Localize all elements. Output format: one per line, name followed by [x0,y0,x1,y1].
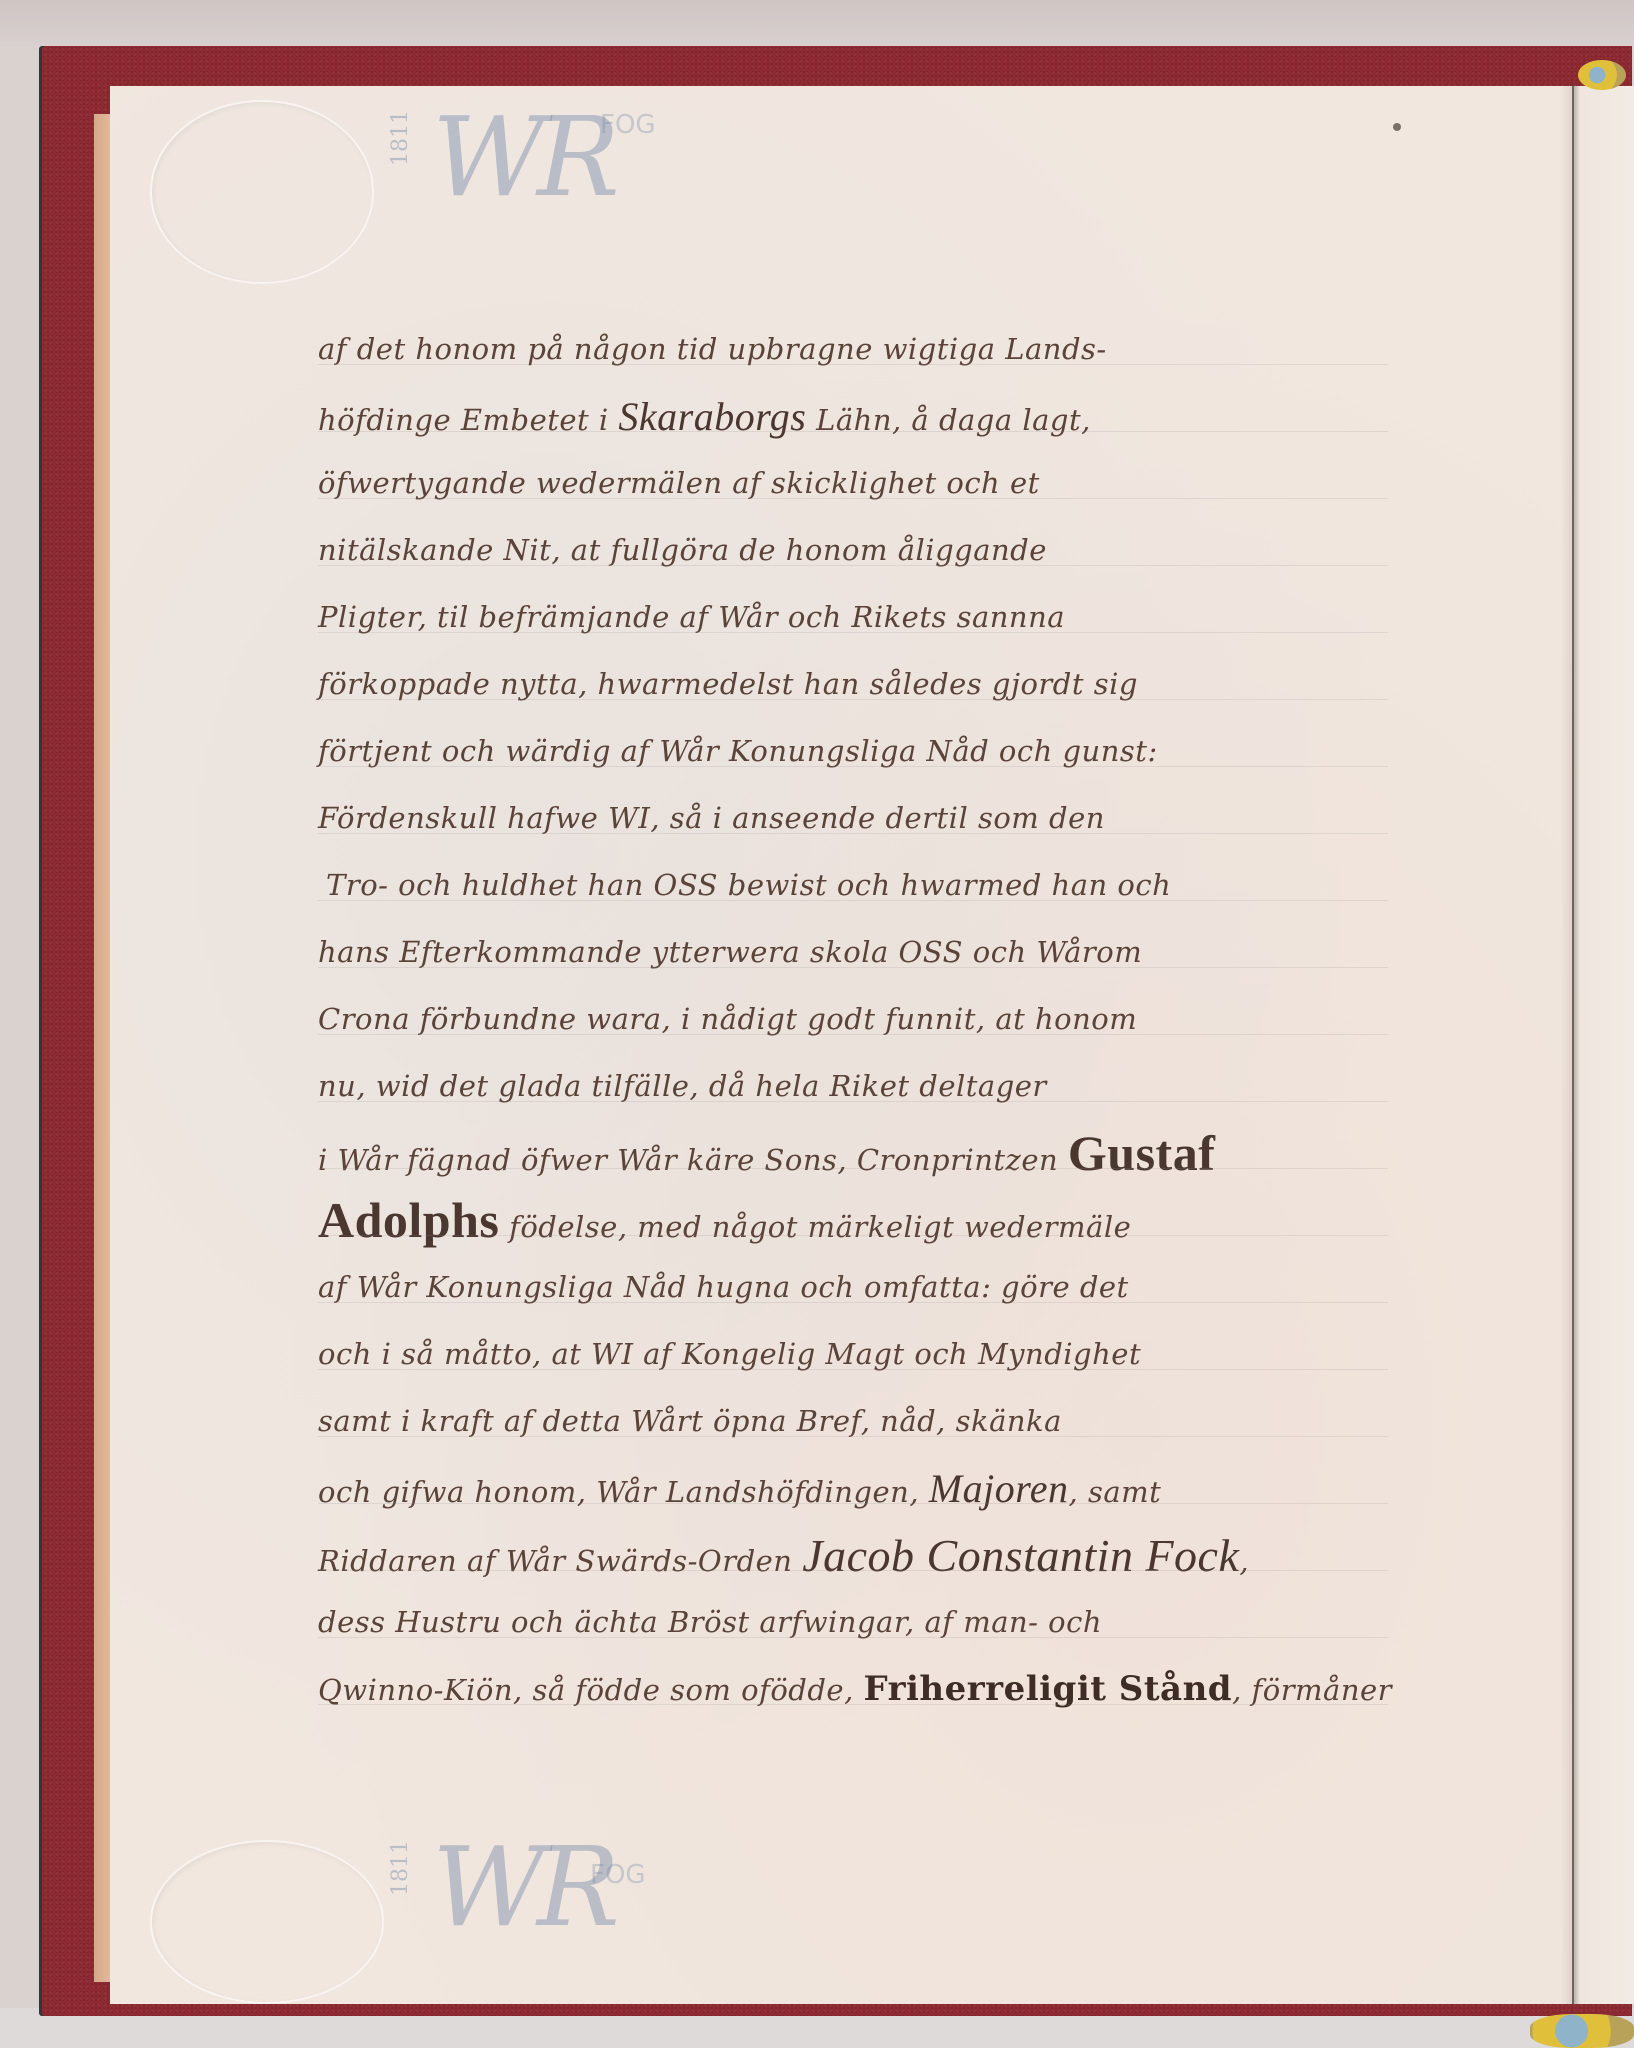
silk-tassel-bottom [1530,2014,1634,2048]
stamp-mark-bottom: FOG [590,1860,646,1890]
text-line: Pligter, til befrämjande af Wår och Rike… [318,584,1368,651]
text-line: nitälskande Nit, at fullgöra de honom ål… [318,517,1368,584]
text-line: Riddaren af Wår Swärds-Orden Jacob Const… [318,1522,1368,1589]
text-line: Adolphs födelse, med något märkeligt wed… [318,1187,1368,1254]
text-line: dess Hustru och ächta Bröst arfwingar, a… [318,1589,1368,1656]
gutter-shadow [1560,86,1572,2004]
person-name: Jacob Constantin Fock [802,1530,1239,1581]
text-line: hans Efterkommande ytterwera skola OSS o… [318,919,1368,986]
stamp-mark-top: FOG [600,110,656,140]
ink-spot [1393,123,1401,131]
text-line: förkoppade nytta, hwarmedelst han sålede… [318,651,1368,718]
text-line: och i så måtto, at WI af Kongelig Magt o… [318,1321,1368,1388]
person-name: Gustaf [1068,1125,1215,1181]
blind-emboss-seal-bottom [150,1840,384,2004]
text-line: och gifwa honom, Wår Landshöfdingen, Maj… [318,1455,1368,1522]
text-line: nu, wid det glada tilfälle, då hela Rike… [318,1053,1368,1120]
text-line: Fördenskull hafwe WI, så i anseende dert… [318,785,1368,852]
stamp-monogram: WR [432,93,612,221]
text-line: samt i kraft af detta Wårt öpna Bref, nå… [318,1388,1368,1455]
text-line: förtjent och wärdig af Wår Konungsliga N… [318,718,1368,785]
scan-background [0,0,1634,46]
library-stamp-bottom: 1811 WR [430,1830,614,1944]
stamp-monogram: WR [432,1823,612,1951]
text-line: Tro- och huldhet han OSS bewist och hwar… [318,852,1368,919]
text-line: höfdinge Embetet i Skaraborgs Lähn, å da… [318,383,1368,450]
pastedown-strip [94,114,110,1982]
blind-emboss-seal [150,100,374,284]
text-line: i Wår fägnad öfwer Wår käre Sons, Cronpr… [318,1120,1368,1187]
text-line: Crona förbundne wara, i nådigt godt funn… [318,986,1368,1053]
facing-page-edge [1572,86,1634,2004]
stamp-digits: 1811 [388,110,418,166]
manuscript-text: af det honom på någon tid upbragne wigti… [318,316,1368,1723]
silk-tassel-top [1578,60,1626,90]
text-line: af Wår Konungsliga Nåd hugna och omfatta… [318,1254,1368,1321]
library-stamp-top: 1811 WR [430,100,614,214]
person-name: Adolphs [318,1192,499,1248]
text-line: öfwertygande wedermälen af skicklighet o… [318,450,1368,517]
stamp-digits: 1811 [388,1840,418,1896]
rank-title: Friherreligit Stånd [864,1669,1233,1709]
text-line: af det honom på någon tid upbragne wigti… [318,316,1368,383]
text-line: Qwinno-Kiön, så födde som ofödde, Friher… [318,1656,1368,1723]
place-name: Skaraborgs [618,394,806,439]
title-name: Majoren [929,1466,1069,1511]
